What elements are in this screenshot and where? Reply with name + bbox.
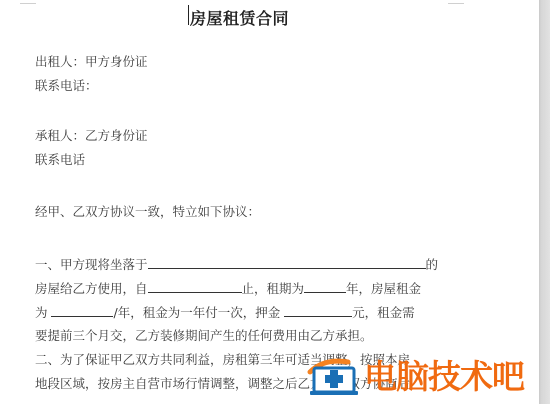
clause1-line3-c: 元，租金需 [352, 305, 415, 320]
term-years-blank[interactable] [304, 280, 346, 293]
rent-amount-blank[interactable] [51, 304, 113, 317]
clause1-line2-c: 年，房屋租金 [346, 281, 421, 296]
watermark-text: 电脑技术吧 [364, 356, 524, 398]
lessee-phone-line[interactable]: 联系电话 [35, 152, 85, 168]
clause1-line2[interactable]: 房屋给乙方使用，自止，租期为年，房屋租金 [35, 280, 421, 297]
document-page: 房屋租赁合同 出租人：甲方身份证 联系电话： 承租人：乙方身份证 联系电话 经甲… [0, 0, 540, 404]
lessor-line[interactable]: 出租人：甲方身份证 [35, 54, 148, 70]
clause1-line4[interactable]: 要提前三个月交，乙方装修期间产生的任何费用由乙方承担。 [35, 328, 373, 344]
clause1-line2-b: 止，租期为 [242, 281, 305, 296]
clause1-line3-b: /年，租金为一年付一次，押金 [113, 305, 284, 320]
clause1-line2-a: 房屋给乙方使用，自 [35, 281, 148, 296]
text-cursor [188, 5, 189, 25]
agreement-intro[interactable]: 经甲、乙双方协议一致，特立如下协议： [35, 204, 260, 220]
address-blank[interactable] [148, 256, 426, 269]
clause1-line1[interactable]: 一、甲方现将坐落于的 [35, 256, 438, 273]
clause1-text-a: 一、甲方现将坐落于 [35, 257, 148, 272]
clause1-text-b: 的 [426, 257, 439, 272]
lessee-line[interactable]: 承租人：乙方身份证 [35, 128, 148, 144]
margin-corner-mark-left [20, 3, 36, 4]
page-edge-shadow [539, 0, 550, 404]
deposit-blank[interactable] [284, 304, 352, 317]
document-title[interactable]: 房屋租赁合同 [190, 6, 289, 29]
watermark: 电脑技术吧 [306, 356, 540, 400]
clause1-line3-a: 为 [35, 305, 51, 320]
first-aid-laptop-icon [306, 356, 366, 398]
margin-corner-mark-right [448, 3, 464, 4]
clause1-line3[interactable]: 为 /年，租金为一年付一次，押金 元，租金需 [35, 304, 415, 321]
lessor-phone-line[interactable]: 联系电话： [35, 78, 98, 94]
period-end-blank[interactable] [148, 280, 242, 293]
